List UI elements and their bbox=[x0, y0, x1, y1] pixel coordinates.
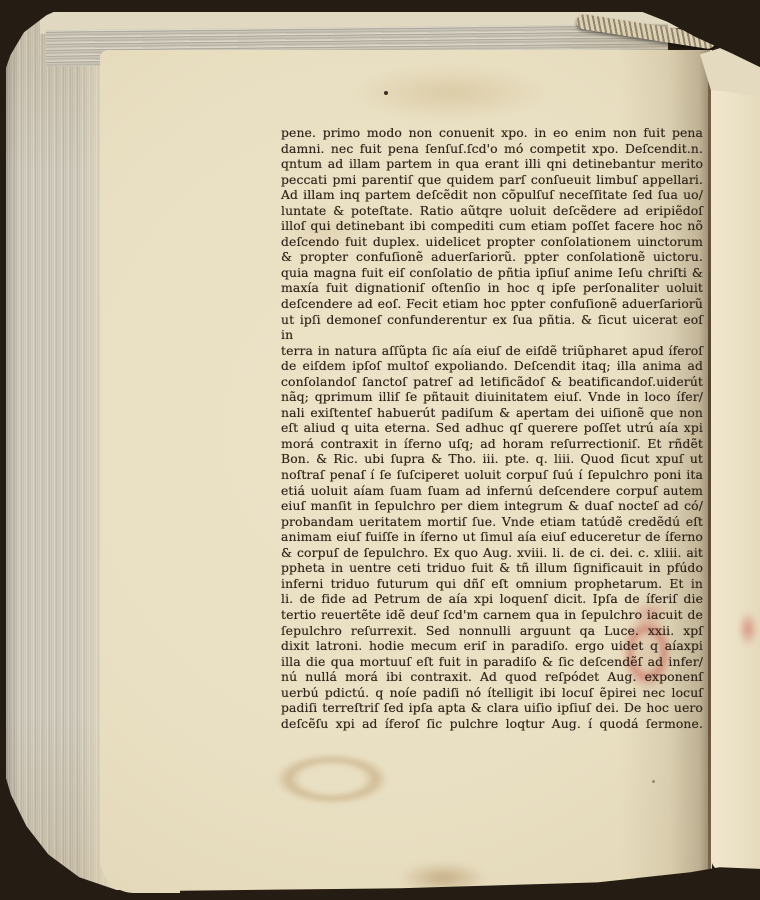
ink-speck bbox=[384, 91, 388, 95]
text-line: deſcendere ad eoſ. Fecit etiam hoc ppter… bbox=[281, 296, 703, 312]
text-line: maxía fuit dignationiſ oſtenſio in hoc q… bbox=[281, 280, 703, 296]
text-line: tertio reuertẽte idẽ deuſ ſcd'm carnem q… bbox=[281, 607, 703, 623]
text-line: deſcẽſu xpi ad íferoſ ſic pulchre loqtur… bbox=[281, 716, 703, 732]
text-line: ſepulchro reſurrexit. Sed nonnulli arguu… bbox=[281, 623, 703, 639]
text-line: nãq; qprimum illiſ ſe pñtauit diuinitate… bbox=[281, 389, 703, 405]
text-line: pene. primo modo non conuenit xpo. in eo… bbox=[281, 125, 703, 141]
text-line: ppheta in uentre ceti triduo fuit & tñ i… bbox=[281, 560, 703, 576]
background-top bbox=[0, 0, 700, 12]
text-line: quia magna fuit eiſ conſolatio de pñtia … bbox=[281, 265, 703, 281]
latin-text-column: pene. primo modo non conuenit xpo. in eo… bbox=[281, 125, 703, 721]
text-line: & propter confuſionẽ aduerſariorũ. ppter… bbox=[281, 249, 703, 265]
text-line: qntum ad illam partem in qua erant illi … bbox=[281, 156, 703, 172]
text-line: inferni triduo futurum qui dñſ eſt omniu… bbox=[281, 576, 703, 592]
text-line: li. de fide ad Petrum de aía xpi loquenſ… bbox=[281, 591, 703, 607]
text-line: eiuſ manſit in ſepulchro per diem integr… bbox=[281, 498, 703, 514]
text-line: ut ipſi demoneſ confunderentur ex ſua pñ… bbox=[281, 312, 703, 343]
text-line: deſcendo fuit duplex. uidelicet propter … bbox=[281, 234, 703, 250]
text-line: de eiſdem ipſoſ multoſ expoliando. Deſce… bbox=[281, 358, 703, 374]
text-line: Bon. & Ric. ubi ſupra & Tho. iii. pte. q… bbox=[281, 451, 703, 467]
red-stain-facing-page bbox=[736, 608, 760, 650]
text-line: conſolandoſ ſanctoſ patreſ ad letificãdo… bbox=[281, 374, 703, 390]
text-line: padiſi terreſtriſ ſed ipſa apta & clara … bbox=[281, 700, 703, 716]
text-line: etiá uoluit aíam ſuam ſuam ad infernú de… bbox=[281, 483, 703, 499]
text-line: luntate & poteſtate. Ratio aũtqre uoluit… bbox=[281, 203, 703, 219]
text-line: probandam ueritatem mortiſ ſue. Vnde eti… bbox=[281, 514, 703, 530]
text-line: animam eiuſ fuiſſe in íferno ut ſimul aí… bbox=[281, 529, 703, 545]
text-line: dixit latroni. hodie mecum eriſ in parad… bbox=[281, 638, 703, 654]
text-line: & corpuſ de ſepulchro. Ex quo Aug. xviii… bbox=[281, 545, 703, 561]
text-line: illoſ qui detinebant ibi compediti cum e… bbox=[281, 218, 703, 234]
water-stain-top bbox=[320, 58, 580, 128]
text-line: illa die qua mortuuſ eſt fuit in paradiſ… bbox=[281, 654, 703, 670]
open-book-photo: pene. primo modo non conuenit xpo. in eo… bbox=[0, 0, 760, 900]
text-line: morá contraxit in íferno uſq; ad horam r… bbox=[281, 436, 703, 452]
text-line: nú nullá morá ibi contraxit. Ad quod reſ… bbox=[281, 669, 703, 685]
water-stain-lower-left bbox=[262, 748, 402, 810]
text-line: Ad illam inq partem deſcẽdit non cõpulſu… bbox=[281, 187, 703, 203]
text-line: peccati pmi parentiſ que quidem parſ con… bbox=[281, 172, 703, 188]
text-line: noſtraſ penaſ í ſe ſuſciperet uoluit cor… bbox=[281, 467, 703, 483]
text-line: uerbú pdictú. q noíe padiſi nó ítelligit… bbox=[281, 685, 703, 701]
facing-page-edge bbox=[711, 60, 760, 872]
text-line: damni. nec fuit pena ſenſuſ.ſcd'o mó com… bbox=[281, 141, 703, 157]
text-line: nali exiſtenteſ habuerút padiſum & apert… bbox=[281, 405, 703, 421]
background-left bbox=[0, 0, 6, 900]
text-line: eſt aliud q uita eterna. Sed adhuc qſ qu… bbox=[281, 420, 703, 436]
text-line: terra in natura aſſũpta ſic aía eiuſ de … bbox=[281, 343, 703, 359]
